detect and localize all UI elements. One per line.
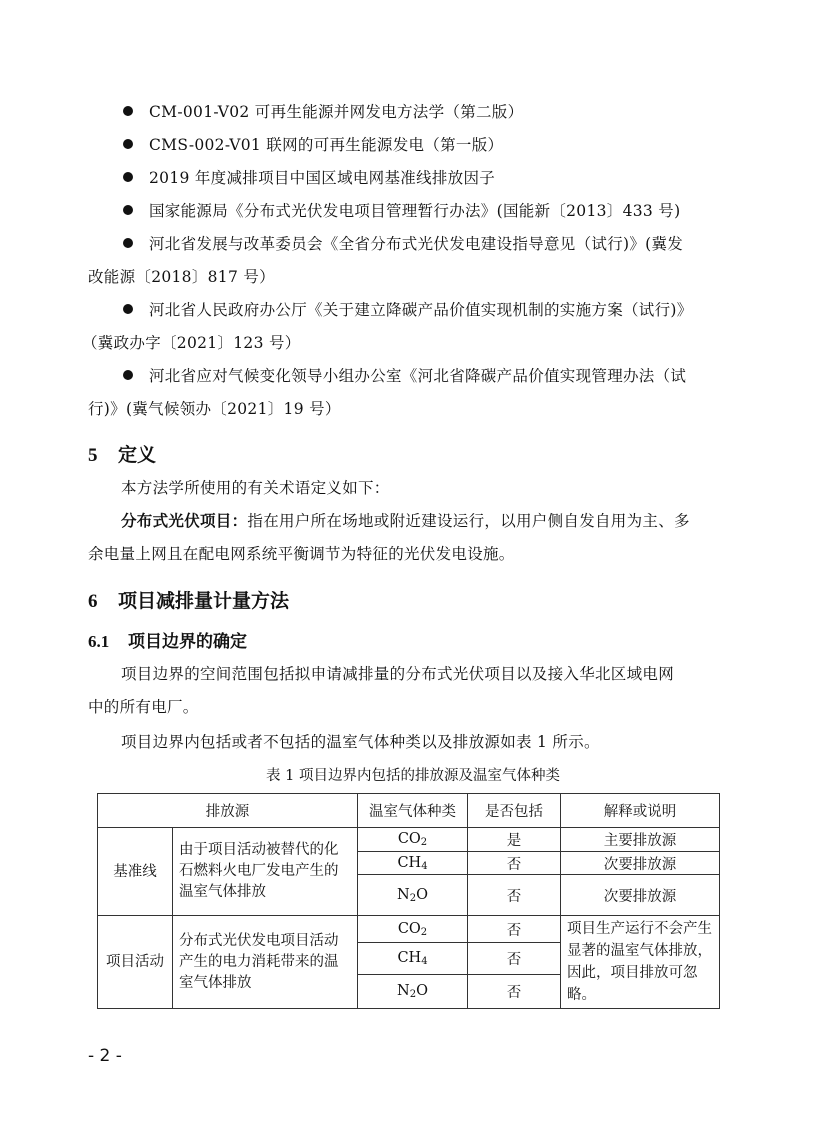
definition-paragraph: 分布式光伏项目：指在用户所在场地或附近建设运行，以用户侧自发自用为主、多 <box>121 509 690 531</box>
description-cell: 分布式光伏发电项目活动产生的电力消耗带来的温室气体排放 <box>173 916 358 1009</box>
included-cell: 否 <box>468 916 561 943</box>
section-number: 5 <box>88 445 118 467</box>
subsection-number: 6.1 <box>88 632 128 652</box>
reference-text: 国家能源局《分布式光伏发电项目管理暂行办法》(国能新〔2013〕433 号) <box>149 202 680 220</box>
header-included: 是否包括 <box>468 794 561 828</box>
gas-cell: N2O <box>358 975 468 1009</box>
section-title: 项目减排量计量方法 <box>118 590 289 612</box>
bullet-icon <box>123 370 133 380</box>
gas-formula: CO <box>398 921 421 937</box>
reference-text: CM-001-V02 可再生能源并网发电方法学（第二版） <box>149 103 523 121</box>
section-title: 定义 <box>118 444 156 466</box>
table-row: 项目活动 分布式光伏发电项目活动产生的电力消耗带来的温室气体排放 CO2 否 项… <box>98 916 720 943</box>
gas-cell: CO2 <box>358 828 468 852</box>
gas-subscript: 4 <box>421 956 427 967</box>
explanation-cell: 项目生产运行不会产生显著的温室气体排放，因此，项目排放可忽略。 <box>561 916 720 1009</box>
bullet-icon <box>123 304 133 314</box>
reference-item: CMS-002-V01 联网的可再生能源发电（第一版） <box>123 133 503 155</box>
table-row: 基准线 由于项目活动被替代的化石燃料火电厂发电产生的温室气体排放 CO2 是 主… <box>98 828 720 852</box>
description-cell: 由于项目活动被替代的化石燃料火电厂发电产生的温室气体排放 <box>173 828 358 916</box>
gas-formula: CO <box>398 831 421 847</box>
category-cell: 项目活动 <box>98 916 173 1009</box>
explanation-cell: 主要排放源 <box>561 828 720 852</box>
gas-formula-tail: O <box>416 983 428 999</box>
gas-cell: CH4 <box>358 852 468 875</box>
table-header-row: 排放源 温室气体种类 是否包括 解释或说明 <box>98 794 720 828</box>
reference-continuation: 改能源〔2018〕817 号） <box>88 265 275 287</box>
reference-text: 河北省人民政府办公厅《关于建立降碳产品价值实现机制的实施方案（试行)》 <box>149 301 693 319</box>
reference-item: 国家能源局《分布式光伏发电项目管理暂行办法》(国能新〔2013〕433 号) <box>123 199 680 221</box>
included-cell: 是 <box>468 828 561 852</box>
subsection-title: 项目边界的确定 <box>128 632 247 652</box>
bullet-icon <box>123 106 133 116</box>
reference-continuation: 行)》(冀气候领办〔2021〕19 号） <box>88 397 341 419</box>
header-gas-type: 温室气体种类 <box>358 794 468 828</box>
reference-text: CMS-002-V01 联网的可再生能源发电（第一版） <box>149 136 503 154</box>
table-caption: 表 1 项目边界内包括的排放源及温室气体种类 <box>0 764 826 785</box>
bullet-icon <box>123 172 133 182</box>
included-cell: 否 <box>468 875 561 916</box>
paragraph-continuation: 余电量上网且在配电网系统平衡调节为特征的光伏发电设施。 <box>88 542 515 564</box>
section-heading-6: 6项目减排量计量方法 <box>88 586 289 613</box>
category-cell: 基准线 <box>98 828 173 916</box>
section-heading-5: 5定义 <box>88 440 156 467</box>
reference-text: 2019 年度减排项目中国区域电网基准线排放因子 <box>149 169 495 187</box>
gas-formula: N <box>397 983 410 999</box>
explanation-cell: 次要排放源 <box>561 852 720 875</box>
paragraph-continuation: 中的所有电厂。 <box>88 695 199 717</box>
reference-item: 河北省发展与改革委员会《全省分布式光伏发电建设指导意见（试行)》(冀发 <box>123 232 683 254</box>
reference-item: CM-001-V02 可再生能源并网发电方法学（第二版） <box>123 100 523 122</box>
reference-text: 河北省发展与改革委员会《全省分布式光伏发电建设指导意见（试行)》(冀发 <box>149 235 683 253</box>
included-cell: 否 <box>468 975 561 1009</box>
gas-subscript: 4 <box>421 861 427 872</box>
explanation-cell: 次要排放源 <box>561 875 720 916</box>
reference-item: 河北省人民政府办公厅《关于建立降碳产品价值实现机制的实施方案（试行)》 <box>123 298 693 320</box>
definition-text: 指在用户所在场地或附近建设运行，以用户侧自发自用为主、多 <box>247 512 689 530</box>
emission-sources-table: 排放源 温室气体种类 是否包括 解释或说明 基准线 由于项目活动被替代的化石燃料… <box>97 793 720 1009</box>
included-cell: 否 <box>468 852 561 875</box>
subsection-heading-6-1: 6.1项目边界的确定 <box>88 627 247 652</box>
definition-term: 分布式光伏项目： <box>121 512 247 530</box>
paragraph: 项目边界的空间范围包括拟申请减排量的分布式光伏项目以及接入华北区域电网 <box>121 662 674 684</box>
gas-formula: CH <box>397 950 421 966</box>
paragraph: 本方法学所使用的有关术语定义如下： <box>121 476 390 498</box>
gas-cell: CO2 <box>358 916 468 943</box>
page-number: - 2 - <box>88 1046 122 1066</box>
gas-cell: CH4 <box>358 943 468 975</box>
bullet-icon <box>123 238 133 248</box>
bullet-icon <box>123 139 133 149</box>
gas-subscript: 2 <box>421 927 427 938</box>
paragraph: 项目边界内包括或者不包括的温室气体种类以及排放源如表 1 所示。 <box>121 730 600 752</box>
gas-subscript: 2 <box>421 837 427 848</box>
bullet-icon <box>123 205 133 215</box>
reference-item: 河北省应对气候变化领导小组办公室《河北省降碳产品价值实现管理办法（试 <box>123 364 686 386</box>
reference-text: 河北省应对气候变化领导小组办公室《河北省降碳产品价值实现管理办法（试 <box>149 367 686 385</box>
reference-continuation: （冀政办字〔2021〕123 号） <box>82 331 301 353</box>
gas-cell: N2O <box>358 875 468 916</box>
header-explanation: 解释或说明 <box>561 794 720 828</box>
section-number: 6 <box>88 591 118 613</box>
reference-item: 2019 年度减排项目中国区域电网基准线排放因子 <box>123 166 495 188</box>
gas-formula-tail: O <box>416 887 428 903</box>
header-emission-source: 排放源 <box>98 794 358 828</box>
gas-formula: N <box>397 887 410 903</box>
included-cell: 否 <box>468 943 561 975</box>
gas-formula: CH <box>397 855 421 871</box>
